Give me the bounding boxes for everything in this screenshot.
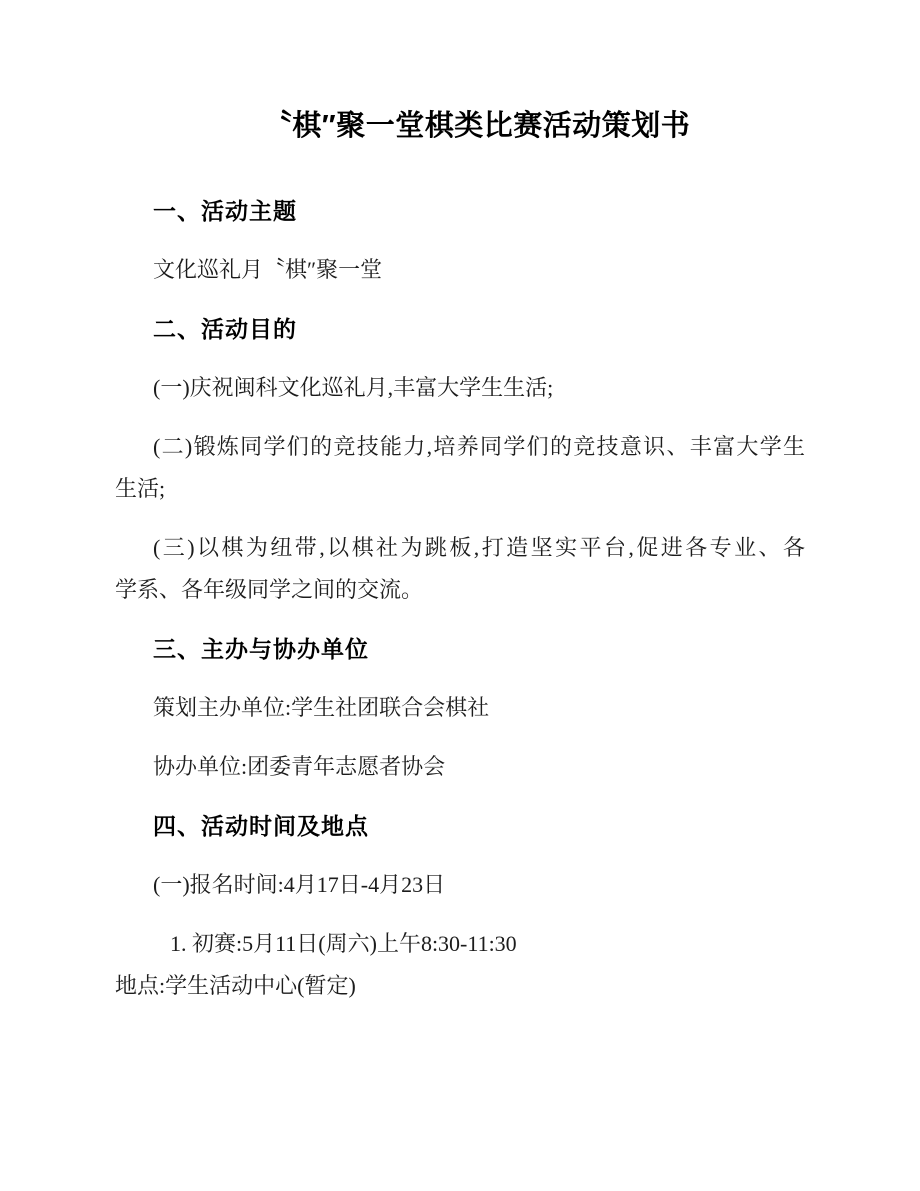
paragraph-preliminary-schedule: 1. 初赛:5月11日(周六)上午8:30-11:30 地点:学生活动中心(暂定… (115, 923, 805, 1007)
paragraph-registration-time: (一)报名时间:4月17日-4月23日 (115, 864, 805, 906)
section-heading-activity-theme: 一、活动主题 (115, 190, 805, 232)
text-line: 协办单位:团委青年志愿者协会 (115, 746, 805, 788)
text-line: (一)庆祝闽科文化巡礼月,丰富大学生生活; (115, 367, 805, 409)
paragraph-purpose-1: (一)庆祝闽科文化巡礼月,丰富大学生生活; (115, 367, 805, 409)
document-title: 〝棋″聚一堂棋类比赛活动策划书 (115, 103, 805, 149)
document-page: 〝棋″聚一堂棋类比赛活动策划书 一、活动主题 文化巡礼月〝棋″聚一堂 二、活动目… (0, 0, 920, 1191)
paragraph-organizer: 策划主办单位:学生社团联合会棋社 (115, 687, 805, 729)
paragraph-purpose-3: (三)以棋为纽带,以棋社为跳板,打造坚实平台,促进各专业、各 学系、各年级同学之… (115, 527, 805, 611)
text-line: 策划主办单位:学生社团联合会棋社 (115, 687, 805, 729)
text-line: (三)以棋为纽带,以棋社为跳板,打造坚实平台,促进各专业、各 (115, 527, 805, 569)
section-heading-organizers: 三、主办与协办单位 (115, 628, 805, 670)
text-line: 学系、各年级同学之间的交流。 (115, 569, 805, 611)
text-line: 地点:学生活动中心(暂定) (115, 965, 805, 1007)
text-line: 1. 初赛:5月11日(周六)上午8:30-11:30 (115, 923, 805, 965)
section-heading-activity-purpose: 二、活动目的 (115, 308, 805, 350)
section-heading-time-and-place: 四、活动时间及地点 (115, 805, 805, 847)
text-line: 生活; (115, 468, 805, 510)
paragraph-co-organizer: 协办单位:团委青年志愿者协会 (115, 746, 805, 788)
text-line: 文化巡礼月〝棋″聚一堂 (115, 249, 805, 291)
text-line: (一)报名时间:4月17日-4月23日 (115, 864, 805, 906)
paragraph-purpose-2: (二)锻炼同学们的竞技能力,培养同学们的竞技意识、丰富大学生 生活; (115, 426, 805, 510)
text-line: (二)锻炼同学们的竞技能力,培养同学们的竞技意识、丰富大学生 (115, 426, 805, 468)
paragraph-theme: 文化巡礼月〝棋″聚一堂 (115, 249, 805, 291)
